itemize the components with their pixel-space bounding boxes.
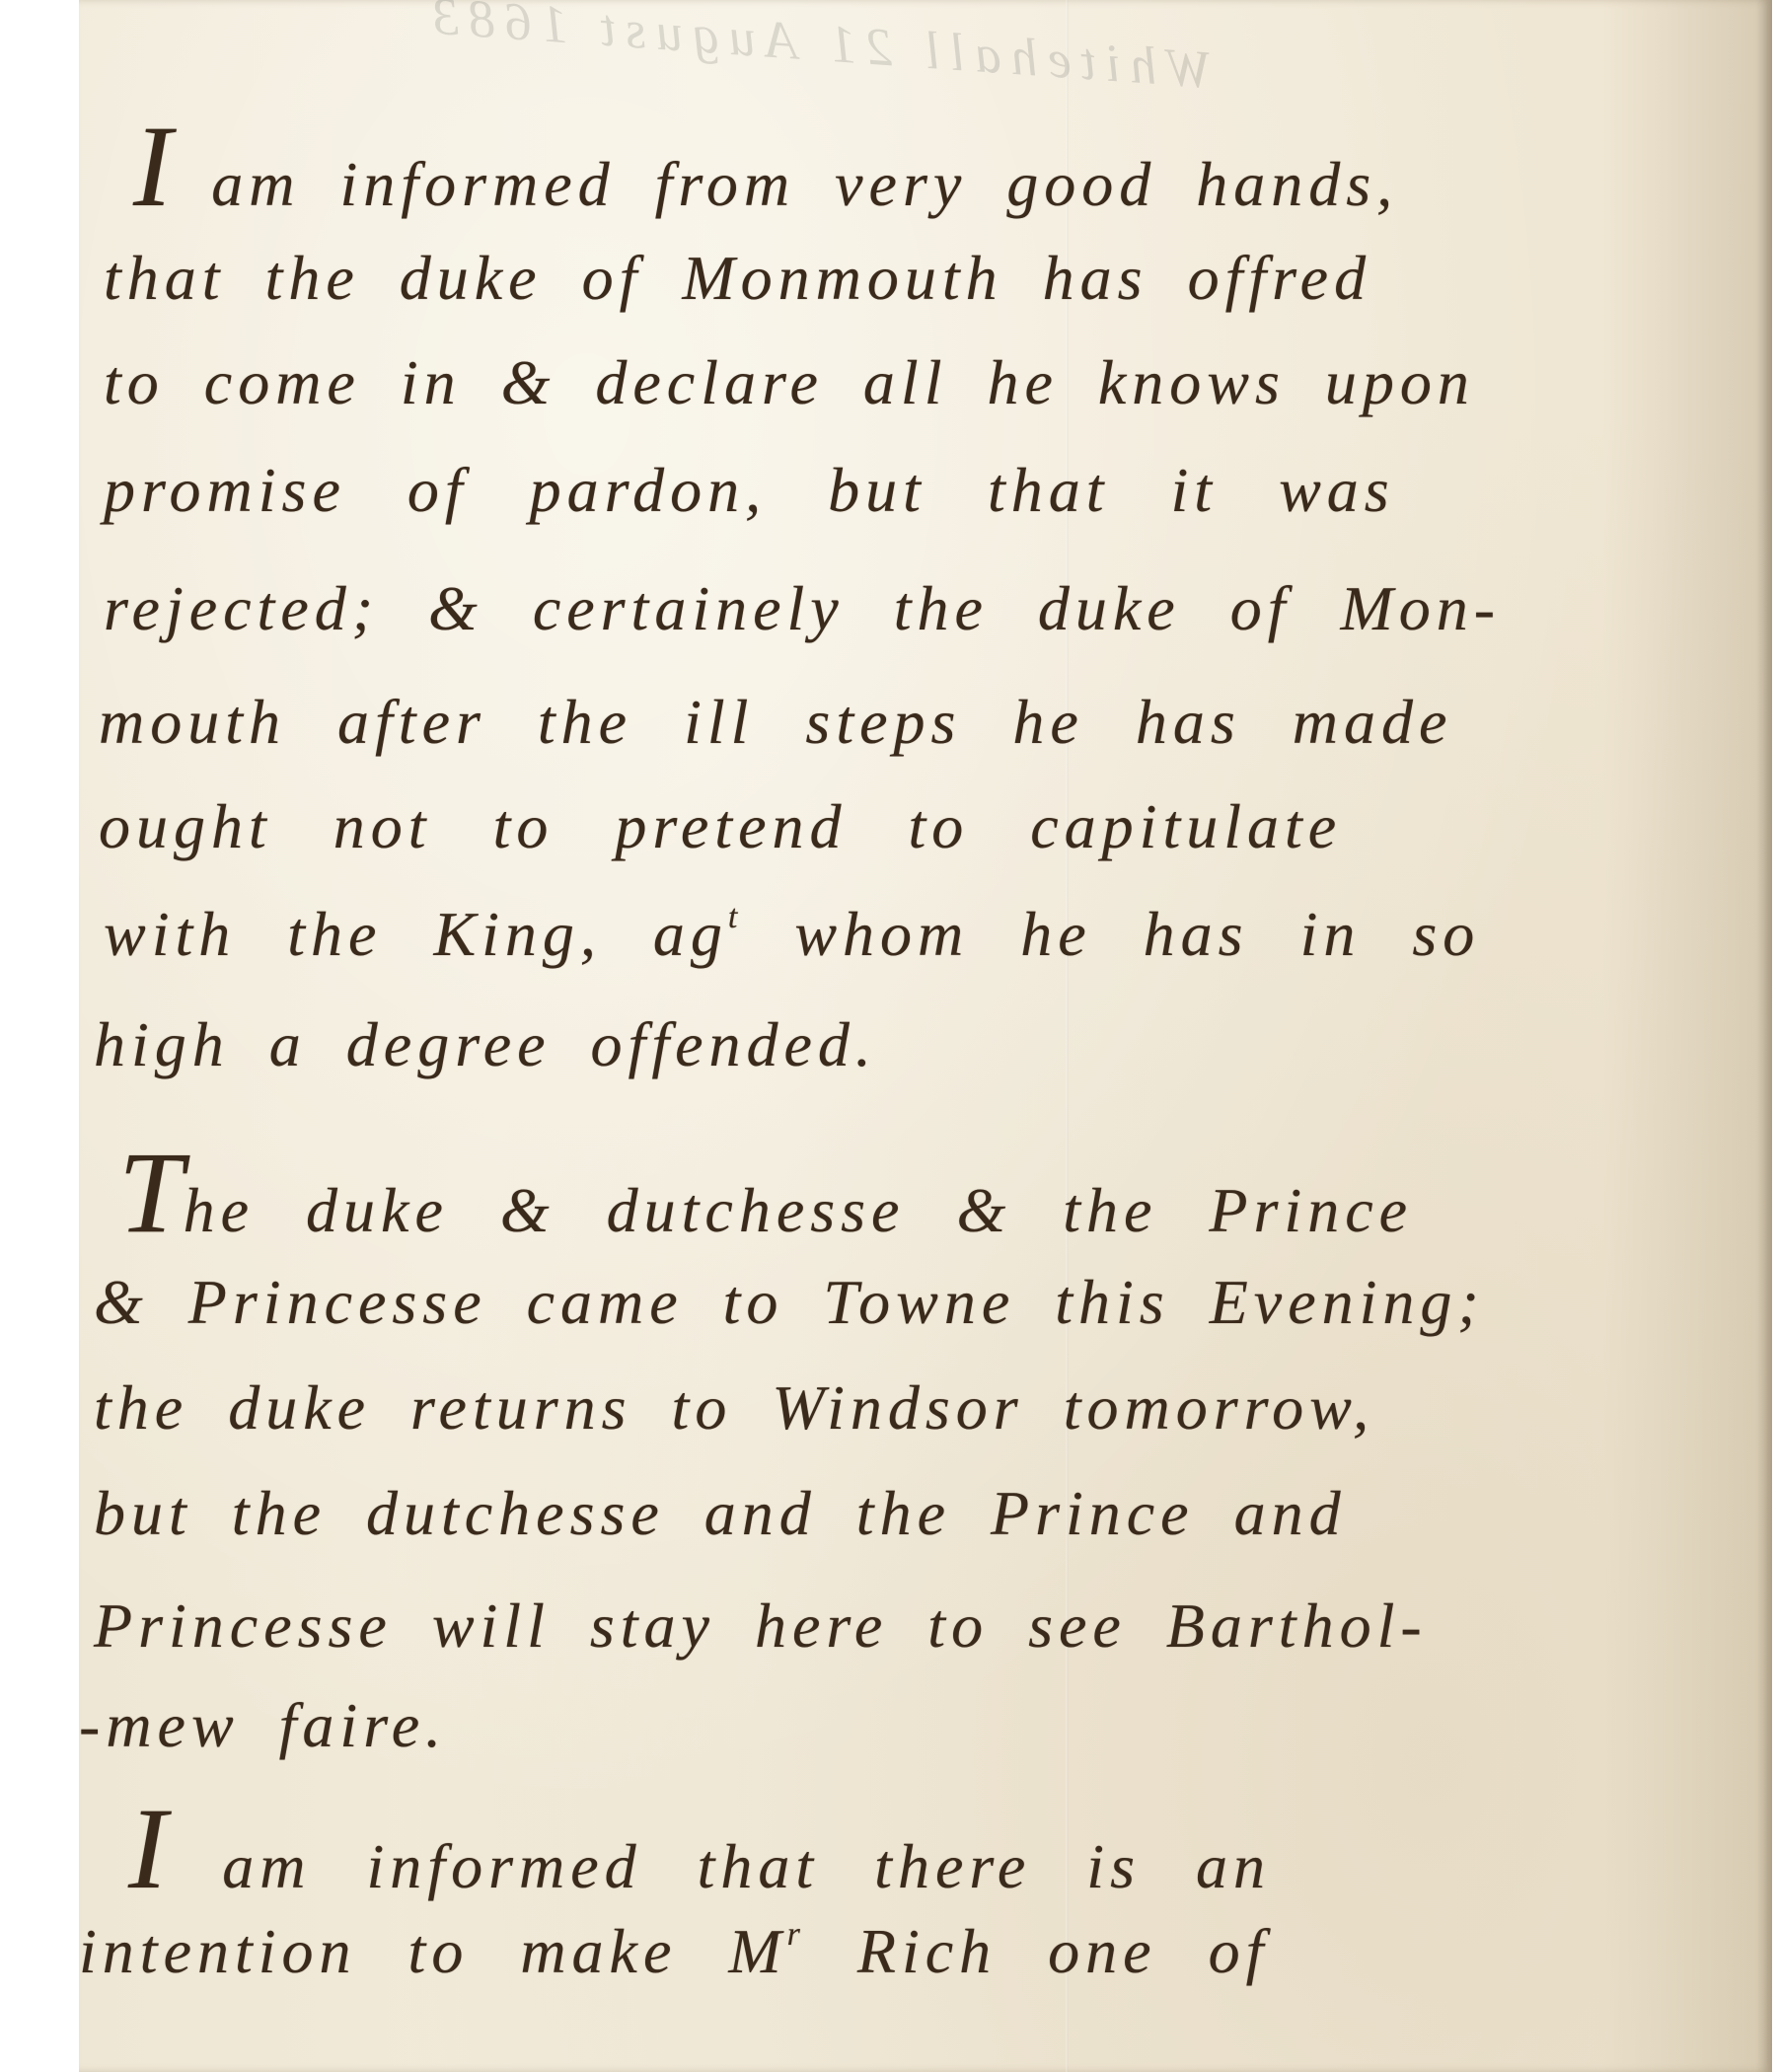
initial-capital: I <box>128 1784 167 1913</box>
letter-line-6: mouth after the ill steps he has made <box>99 691 1452 754</box>
letter-line-1: I am informed from very good hands, <box>133 109 1398 225</box>
line-text: the duke returns to Windsor tomorrow, <box>94 1372 1374 1443</box>
line-text: with the King, ag <box>104 899 728 969</box>
letter-line-13: but the dutchesse and the Prince and <box>94 1482 1347 1545</box>
letter-line-7: ought not to pretend to capitulate <box>99 795 1342 858</box>
line-text: -mew faire. <box>79 1690 447 1760</box>
line-text: & Princesse came to Towne this Evening; <box>94 1267 1485 1337</box>
line-text: intention to make M <box>79 1916 787 1986</box>
letter-line-8: with the King, agt whom he has in so <box>104 901 1480 966</box>
line-text: Princesse will stay here to see Barthol- <box>94 1591 1428 1661</box>
manuscript-page: Whitehall 21 August 1683 I am informed f… <box>79 0 1772 2072</box>
letter-line-16: I am informed that there is an <box>128 1791 1271 1907</box>
letter-line-17: intention to make Mr Rich one of <box>79 1918 1269 1983</box>
letter-line-5: rejected; & certainely the duke of Mon- <box>104 577 1501 640</box>
line-text: whom he has in so <box>743 899 1480 969</box>
initial-capital: T <box>118 1128 184 1257</box>
line-text: am informed from very good hands, <box>172 149 1398 219</box>
line-text: ought not to pretend to capitulate <box>99 791 1342 861</box>
line-text: that the duke of Monmouth has offred <box>104 243 1371 313</box>
line-text: but the dutchesse and the Prince and <box>94 1478 1347 1548</box>
letter-line-4: promise of pardon, but that it was <box>104 459 1395 522</box>
line-text: Rich one of <box>806 1916 1269 1986</box>
line-text: mouth after the ill steps he has made <box>99 687 1452 757</box>
letter-line-12: the duke returns to Windsor tomorrow, <box>94 1376 1374 1440</box>
line-text: to come in & declare all he knows upon <box>104 347 1475 417</box>
line-text: he duke & dutchesse & the Prince <box>184 1175 1413 1245</box>
line-text: rejected; & certainely the duke of Mon- <box>104 573 1501 643</box>
letter-line-11: & Princesse came to Towne this Evening; <box>94 1271 1485 1334</box>
bleed-through-heading: Whitehall 21 August 1683 <box>420 0 1214 101</box>
line-text: promise of pardon, but that it was <box>104 455 1395 525</box>
superscript: t <box>728 899 743 935</box>
line-text: high a degree offended. <box>94 1009 877 1079</box>
letter-line-10: The duke & dutchesse & the Prince <box>118 1135 1413 1251</box>
initial-capital: I <box>133 102 172 231</box>
letter-line-14: Princesse will stay here to see Barthol- <box>94 1594 1428 1658</box>
superscript: r <box>787 1916 806 1953</box>
letter-line-9: high a degree offended. <box>94 1013 877 1076</box>
line-text: am informed that there is an <box>167 1831 1271 1901</box>
letter-line-2: that the duke of Monmouth has offred <box>104 247 1371 310</box>
letter-line-3: to come in & declare all he knows upon <box>104 351 1475 414</box>
letter-line-15: -mew faire. <box>79 1694 447 1757</box>
